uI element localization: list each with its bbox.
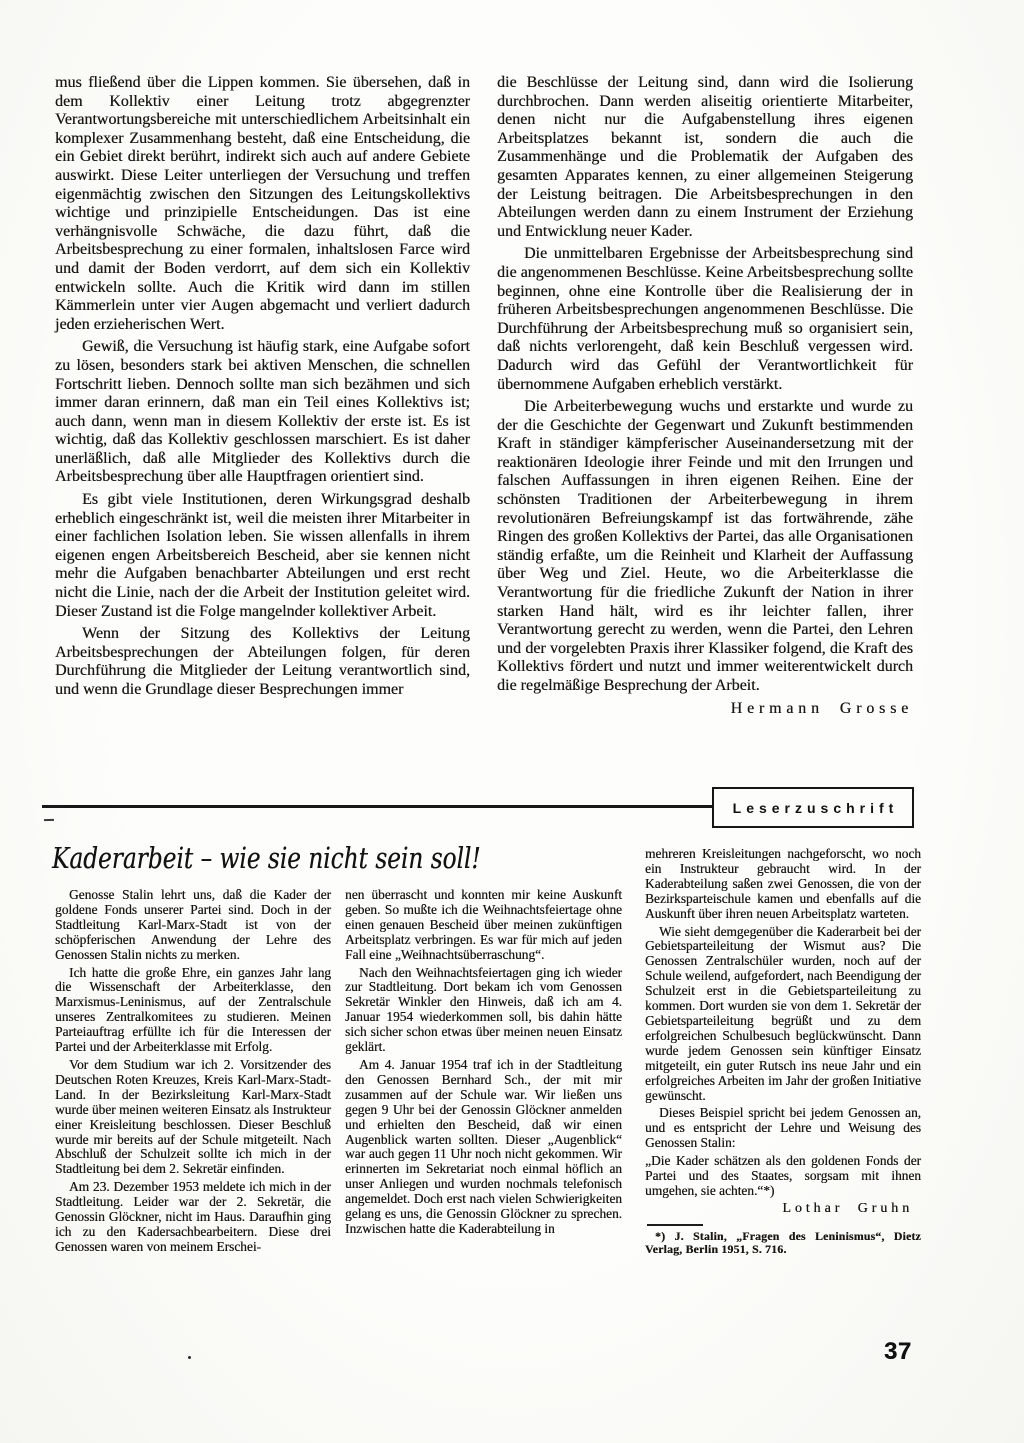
letter-column-3: mehreren Kreisleitungen nachgeforscht, w… bbox=[645, 847, 921, 1260]
paragraph: Wie sieht demgegenüber die Kaderarbeit b… bbox=[645, 925, 921, 1104]
paragraph: Am 23. Dezember 1953 meldete ich mich in… bbox=[55, 1180, 331, 1255]
paragraph: Es gibt viele Institutionen, deren Wirku… bbox=[55, 491, 470, 621]
paragraph: nen überrascht und konnten mir keine Aus… bbox=[345, 888, 622, 963]
letter-column-1: Genosse Stalin lehrt uns, daß die Kader … bbox=[55, 888, 331, 1258]
author-signature: Hermann Grosse bbox=[497, 700, 913, 719]
letter-title: Kaderarbeit – wie sie nicht sein soll! bbox=[52, 841, 481, 875]
paragraph: Vor dem Studium war ich 2. Vorsitzender … bbox=[55, 1058, 331, 1177]
section-label-box: Leserzuschrift bbox=[712, 787, 914, 828]
paragraph: Wenn der Sitzung des Kollektivs der Leit… bbox=[55, 625, 470, 699]
letter-headline-wrap: Kaderarbeit – wie sie nicht sein soll! bbox=[52, 841, 588, 875]
article-top-right-column: die Beschlüsse der Leitung sind, dann wi… bbox=[497, 74, 913, 718]
author-signature: Lothar Gruhn bbox=[645, 1202, 921, 1217]
paragraph: Am 4. Januar 1954 traf ich in der Stadtl… bbox=[345, 1058, 622, 1237]
paragraph: die Beschlüsse der Leitung sind, dann wi… bbox=[497, 74, 913, 241]
paragraph: Die Arbeiterbewegung wuchs und erstarkte… bbox=[497, 398, 913, 696]
scanned-magazine-page: { "page": { "number": "37" }, "section_l… bbox=[0, 0, 1024, 1443]
stalin-quote: „Die Kader schätzen als den goldenen Fon… bbox=[645, 1154, 921, 1199]
paragraph: Nach den Weihnachtsfeiertagen ging ich w… bbox=[345, 966, 622, 1055]
paragraph: Die unmittelbaren Ergebnisse der Arbeits… bbox=[497, 245, 913, 394]
article-top-left-column: mus fließend über die Lippen kommen. Sie… bbox=[55, 74, 470, 704]
paragraph: Dieses Beispiel spricht bei jedem Genoss… bbox=[645, 1106, 921, 1151]
paragraph: mus fließend über die Lippen kommen. Sie… bbox=[55, 74, 470, 334]
scan-artifact-dash bbox=[44, 819, 54, 821]
letter-column-2: nen überrascht und konnten mir keine Aus… bbox=[345, 888, 622, 1240]
paragraph: Gewiß, die Versuchung ist häufig stark, … bbox=[55, 338, 470, 487]
footnote-rule bbox=[647, 1224, 703, 1226]
paragraph: Genosse Stalin lehrt uns, daß die Kader … bbox=[55, 888, 331, 963]
page-number: 37 bbox=[884, 1338, 912, 1366]
scan-artifact-dot bbox=[188, 1356, 191, 1359]
section-label: Leserzuschrift bbox=[728, 800, 899, 816]
section-divider-rule bbox=[42, 805, 712, 808]
paragraph: mehreren Kreisleitungen nachgeforscht, w… bbox=[645, 847, 921, 922]
paragraph: Ich hatte die große Ehre, ein ganzes Jah… bbox=[55, 966, 331, 1055]
footnote: *) J. Stalin, „Fragen des Leninismus“, D… bbox=[645, 1230, 921, 1257]
